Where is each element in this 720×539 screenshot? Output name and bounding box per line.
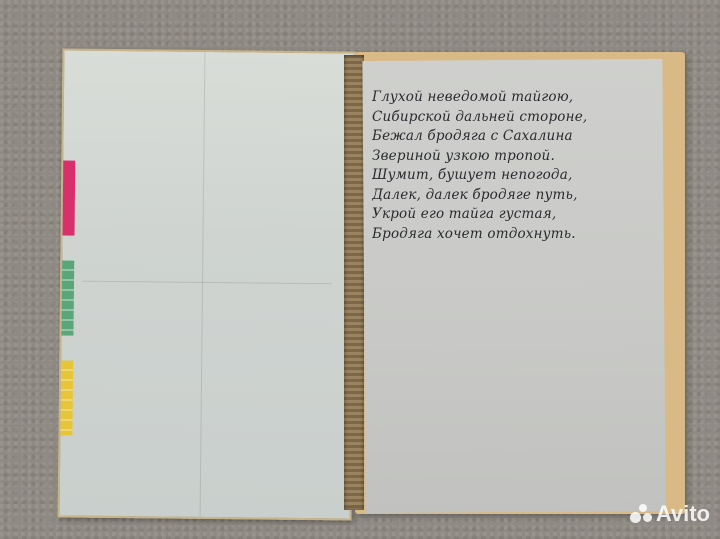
poem-line: Укрой его тайга густая,	[372, 205, 662, 225]
avito-logo-icon	[630, 504, 652, 524]
poem-line: Далек, далек бродяге путь,	[372, 186, 662, 206]
poem-line: Звериной узкою тропой.	[372, 147, 662, 167]
handwritten-poem: Глухой неведомой тайгою, Сибирской дальн…	[372, 88, 662, 244]
notebook-spine	[344, 55, 364, 510]
page-crease	[200, 52, 206, 517]
poem-line: Бродяга хочет отдохнуть.	[372, 225, 662, 245]
watermark-label: Avito	[656, 501, 710, 527]
yellow-color-strip	[60, 360, 73, 435]
photo-scene: Глухой неведомой тайгою, Сибирской дальн…	[0, 0, 720, 539]
green-color-strip	[61, 260, 74, 335]
poem-line: Сибирской дальней стороне,	[372, 108, 662, 128]
pink-color-strip	[63, 160, 76, 235]
left-notebook-page	[58, 48, 357, 520]
page-crease	[82, 281, 332, 285]
poem-line: Бежал бродяга с Сахалина	[372, 127, 662, 147]
avito-watermark: Avito	[630, 501, 710, 527]
poem-line: Шумит, бушует непогода,	[372, 166, 662, 186]
poem-line: Глухой неведомой тайгою,	[372, 88, 662, 108]
